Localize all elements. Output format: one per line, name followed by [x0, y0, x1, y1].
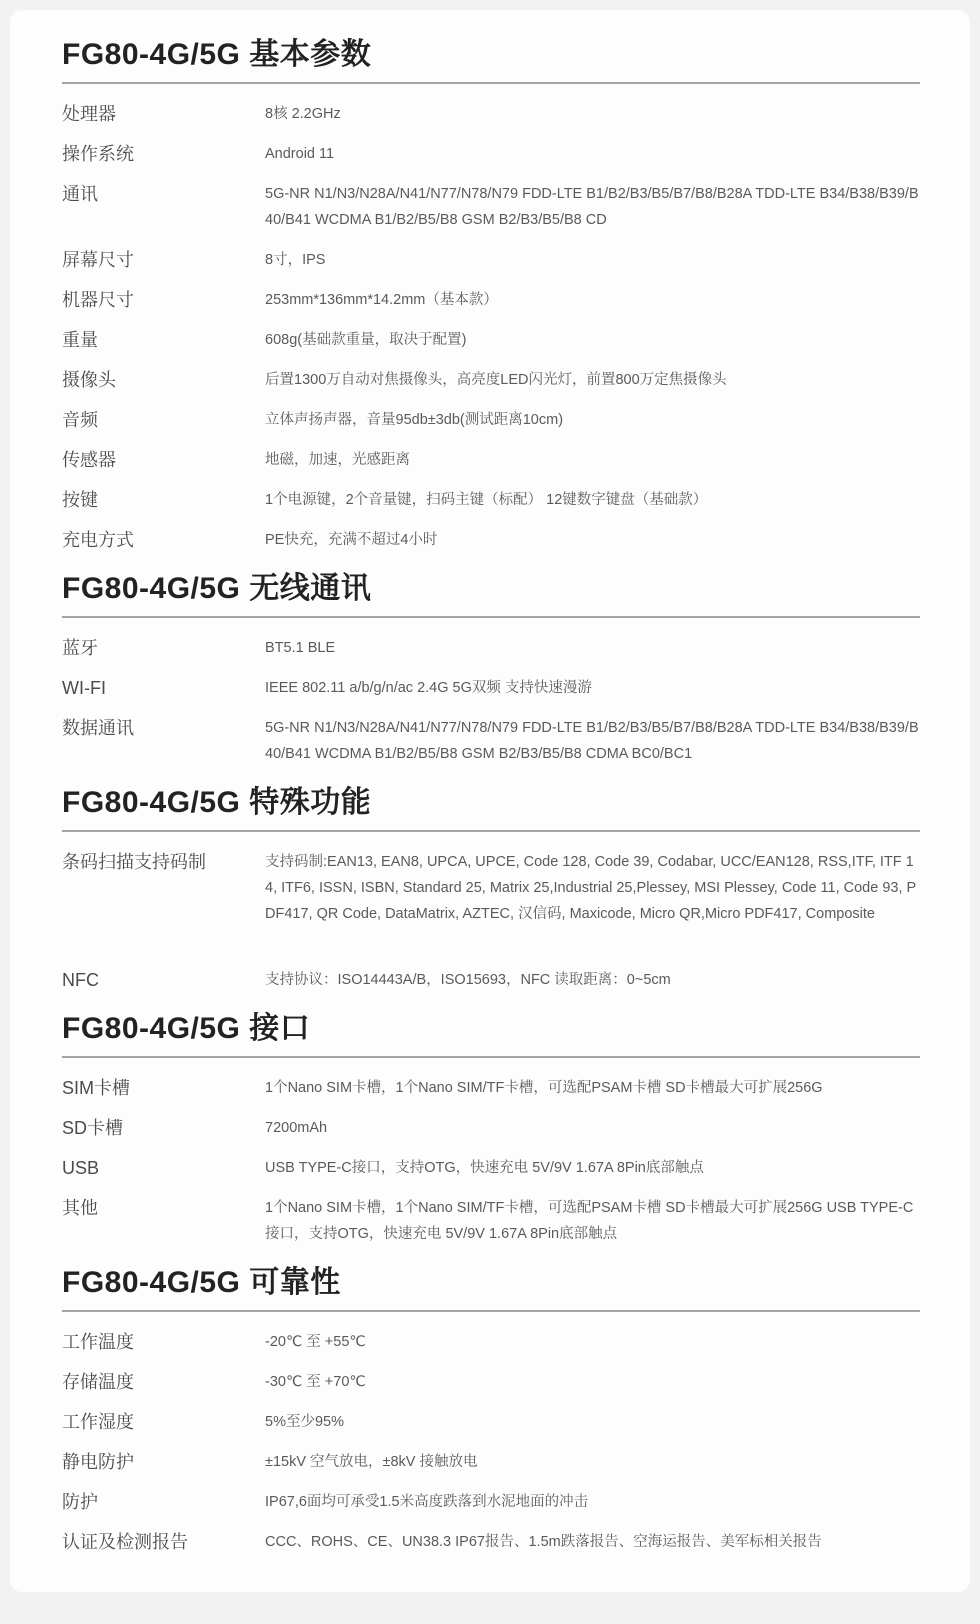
- spec-value: 地磁，加速，光感距离: [265, 447, 920, 473]
- spec-value: CCC、ROHS、CE、UN38.3 IP67报告、1.5m跌落报告、空海运报告…: [265, 1529, 920, 1555]
- spec-value: IEEE 802.11 a/b/g/n/ac 2.4G 5G双频 支持快速漫游: [265, 675, 920, 701]
- spec-row: 处理器 8核 2.2GHz: [62, 94, 920, 134]
- spec-label: 传感器: [62, 447, 265, 473]
- section-title: FG80-4G/5G 可靠性: [62, 1262, 920, 1304]
- spec-row: 传感器 地磁，加速，光感距离: [62, 440, 920, 480]
- spec-value: 支持协议：ISO14443A/B，ISO15693，NFC 读取距离：0~5cm: [265, 967, 920, 993]
- spec-row: 条码扫描支持码制 支持码制:EAN13, EAN8, UPCA, UPCE, C…: [62, 842, 920, 934]
- section-title: FG80-4G/5G 特殊功能: [62, 782, 920, 824]
- spec-label: 防护: [62, 1489, 265, 1515]
- spec-row: 重量 608g(基础款重量，取决于配置): [62, 320, 920, 360]
- spec-section-4: FG80-4G/5G 可靠性 工作温度 -20℃ 至 +55℃ 存储温度 -30…: [62, 1262, 920, 1562]
- spec-label: 重量: [62, 327, 265, 353]
- spec-label: 认证及检测报告: [62, 1529, 265, 1555]
- spec-label: 按键: [62, 487, 265, 513]
- spec-label: 充电方式: [62, 527, 265, 553]
- section-divider: [62, 616, 920, 618]
- spec-row: 工作温度 -20℃ 至 +55℃: [62, 1322, 920, 1362]
- spec-value: 5G-NR N1/N3/N28A/N41/N77/N78/N79 FDD-LTE…: [265, 181, 920, 233]
- spec-label: 静电防护: [62, 1449, 265, 1475]
- spec-label: 摄像头: [62, 367, 265, 393]
- spec-label: 条码扫描支持码制: [62, 849, 265, 875]
- spec-row: 蓝牙 BT5.1 BLE: [62, 628, 920, 668]
- section-divider: [62, 82, 920, 84]
- spec-value: 253mm*136mm*14.2mm（基本款）: [265, 287, 920, 313]
- spec-row: 存储温度 -30℃ 至 +70℃: [62, 1362, 920, 1402]
- spec-value: Android 11: [265, 141, 920, 167]
- spec-row: 机器尺寸 253mm*136mm*14.2mm（基本款）: [62, 280, 920, 320]
- spec-card: FG80-4G/5G 基本参数 处理器 8核 2.2GHz 操作系统 Andro…: [10, 10, 970, 1592]
- section-title: FG80-4G/5G 基本参数: [62, 34, 920, 76]
- spec-row: 按键 1个电源键，2个音量键，扫码主键（标配） 12键数字键盘（基础款）: [62, 480, 920, 520]
- spec-label: 其他: [62, 1195, 265, 1221]
- spec-row: 静电防护 ±15kV 空气放电，±8kV 接触放电: [62, 1442, 920, 1482]
- spec-section-3: FG80-4G/5G 接口 SIM卡槽 1个Nano SIM卡槽，1个Nano …: [62, 1008, 920, 1254]
- spec-value: 608g(基础款重量，取决于配置): [265, 327, 920, 353]
- spec-label: 处理器: [62, 101, 265, 127]
- spec-label: NFC: [62, 967, 265, 993]
- section-title: FG80-4G/5G 接口: [62, 1008, 920, 1050]
- spec-row: 数据通讯 5G-NR N1/N3/N28A/N41/N77/N78/N79 FD…: [62, 708, 920, 774]
- spec-label: 音频: [62, 407, 265, 433]
- spec-label: 工作温度: [62, 1329, 265, 1355]
- spec-label: 数据通讯: [62, 715, 265, 741]
- spec-value: 8核 2.2GHz: [265, 101, 920, 127]
- spec-value: USB TYPE-C接口，支持OTG，快速充电 5V/9V 1.67A 8Pin…: [265, 1155, 920, 1181]
- spec-value: -30℃ 至 +70℃: [265, 1369, 920, 1395]
- spec-value: 支持码制:EAN13, EAN8, UPCA, UPCE, Code 128, …: [265, 849, 920, 927]
- spec-rows: 处理器 8核 2.2GHz 操作系统 Android 11 通讯 5G-NR N…: [62, 94, 920, 560]
- section-divider: [62, 1056, 920, 1058]
- spec-section-1: FG80-4G/5G 无线通讯 蓝牙 BT5.1 BLE WI-FI IEEE …: [62, 568, 920, 774]
- spec-row: 操作系统 Android 11: [62, 134, 920, 174]
- spec-value: 5%至少95%: [265, 1409, 920, 1435]
- spec-label: SIM卡槽: [62, 1075, 265, 1101]
- spec-value: IP67,6面均可承受1.5米高度跌落到水泥地面的冲击: [265, 1489, 920, 1515]
- spec-row: NFC 支持协议：ISO14443A/B，ISO15693，NFC 读取距离：0…: [62, 960, 920, 1000]
- spec-row: WI-FI IEEE 802.11 a/b/g/n/ac 2.4G 5G双频 支…: [62, 668, 920, 708]
- spec-value: ±15kV 空气放电，±8kV 接触放电: [265, 1449, 920, 1475]
- spec-label: 屏幕尺寸: [62, 247, 265, 273]
- section-divider: [62, 830, 920, 832]
- spec-label: 通讯: [62, 181, 265, 207]
- spec-value: -20℃ 至 +55℃: [265, 1329, 920, 1355]
- spec-label: SD卡槽: [62, 1115, 265, 1141]
- spec-row: 摄像头 后置1300万自动对焦摄像头，高亮度LED闪光灯，前置800万定焦摄像头: [62, 360, 920, 400]
- spec-row: 音频 立体声扬声器，音量95db±3db(测试距离10cm): [62, 400, 920, 440]
- section-title: FG80-4G/5G 无线通讯: [62, 568, 920, 610]
- spec-row: 其他 1个Nano SIM卡槽，1个Nano SIM/TF卡槽，可选配PSAM卡…: [62, 1188, 920, 1254]
- spec-value: 1个电源键，2个音量键，扫码主键（标配） 12键数字键盘（基础款）: [265, 487, 920, 513]
- spec-row: SIM卡槽 1个Nano SIM卡槽，1个Nano SIM/TF卡槽，可选配PS…: [62, 1068, 920, 1108]
- spec-value: 7200mAh: [265, 1115, 920, 1141]
- spec-value: 1个Nano SIM卡槽，1个Nano SIM/TF卡槽，可选配PSAM卡槽 S…: [265, 1195, 920, 1247]
- spec-label: 操作系统: [62, 141, 265, 167]
- spec-value: 5G-NR N1/N3/N28A/N41/N77/N78/N79 FDD-LTE…: [265, 715, 920, 767]
- spec-section-2: FG80-4G/5G 特殊功能 条码扫描支持码制 支持码制:EAN13, EAN…: [62, 782, 920, 1000]
- spec-label: WI-FI: [62, 675, 265, 701]
- spec-value: 8寸，IPS: [265, 247, 920, 273]
- spec-rows: 蓝牙 BT5.1 BLE WI-FI IEEE 802.11 a/b/g/n/a…: [62, 628, 920, 774]
- spec-label: 机器尺寸: [62, 287, 265, 313]
- spec-label: 工作湿度: [62, 1409, 265, 1435]
- spec-label: 蓝牙: [62, 635, 265, 661]
- spec-value: PE快充，充满不超过4小时: [265, 527, 920, 553]
- section-divider: [62, 1310, 920, 1312]
- spec-value: BT5.1 BLE: [265, 635, 920, 661]
- spec-label: USB: [62, 1155, 265, 1181]
- spec-value: 后置1300万自动对焦摄像头，高亮度LED闪光灯，前置800万定焦摄像头: [265, 367, 920, 393]
- spec-section-0: FG80-4G/5G 基本参数 处理器 8核 2.2GHz 操作系统 Andro…: [62, 34, 920, 560]
- spec-row: 认证及检测报告 CCC、ROHS、CE、UN38.3 IP67报告、1.5m跌落…: [62, 1522, 920, 1562]
- spec-rows: 条码扫描支持码制 支持码制:EAN13, EAN8, UPCA, UPCE, C…: [62, 842, 920, 1000]
- spec-rows: SIM卡槽 1个Nano SIM卡槽，1个Nano SIM/TF卡槽，可选配PS…: [62, 1068, 920, 1254]
- spec-row: SD卡槽 7200mAh: [62, 1108, 920, 1148]
- spec-row: 通讯 5G-NR N1/N3/N28A/N41/N77/N78/N79 FDD-…: [62, 174, 920, 240]
- spec-row: 充电方式 PE快充，充满不超过4小时: [62, 520, 920, 560]
- spec-row: 屏幕尺寸 8寸，IPS: [62, 240, 920, 280]
- spec-row: 防护 IP67,6面均可承受1.5米高度跌落到水泥地面的冲击: [62, 1482, 920, 1522]
- spec-value: 立体声扬声器，音量95db±3db(测试距离10cm): [265, 407, 920, 433]
- spec-rows: 工作温度 -20℃ 至 +55℃ 存储温度 -30℃ 至 +70℃ 工作湿度 5…: [62, 1322, 920, 1562]
- spec-row: USB USB TYPE-C接口，支持OTG，快速充电 5V/9V 1.67A …: [62, 1148, 920, 1188]
- spec-label: 存储温度: [62, 1369, 265, 1395]
- spec-row: 工作湿度 5%至少95%: [62, 1402, 920, 1442]
- spec-value: 1个Nano SIM卡槽，1个Nano SIM/TF卡槽，可选配PSAM卡槽 S…: [265, 1075, 920, 1101]
